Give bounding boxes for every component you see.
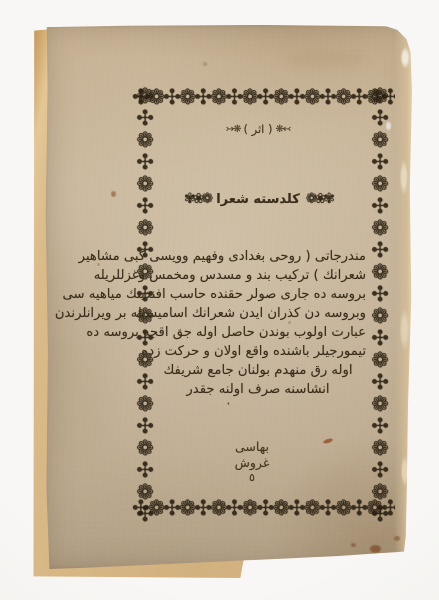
header-device: ↣❋ ( اثر ) ❋↢ <box>152 121 364 137</box>
floral-spray-left-icon: ✾❀❁ <box>184 191 210 207</box>
arrow-fleuron-right-icon: ❋↢ <box>276 124 291 135</box>
stain-spot <box>387 555 402 562</box>
paragraph-line: تيمورجيلر باشنده واقع اولان و حركت زده <box>150 342 366 361</box>
chipped-right-edge <box>394 25 412 569</box>
paragraph-line: شعرانك ) تركيب بند و مسدس ومخمس وغزللريل… <box>150 266 366 285</box>
price-label: بهاسى <box>152 439 352 455</box>
paragraph-line: عبارت اولوب بوندن حاصل اوله جق اقجه بروس… <box>150 323 366 342</box>
price-numeral: ٥ <box>152 471 352 485</box>
price-block: بهاسى غروش ٥ <box>152 439 352 485</box>
arrow-fleuron-left-icon: ↣❋ <box>226 124 241 135</box>
paragraph-line: اوله رق منهدم بولنان جامع شريفك <box>150 361 366 380</box>
photo-of-antique-ottoman-book: { "frame": { "horizontal_pattern": "✣❁✣❁… <box>0 0 439 600</box>
paragraph-line: بروسه ده جارى صولر حقنده حاسب افندينك مي… <box>150 285 366 304</box>
header-device-text: ( اثر ) <box>243 122 272 136</box>
paragraph-line: وبروسه دن كذران ايدن شعرانك اساميسيله بر… <box>150 304 366 323</box>
separator-dot: · <box>226 395 231 413</box>
description-paragraph: مندرجاتى ( روحى بغدادى وفهيم وويسى كبى م… <box>150 247 366 399</box>
floral-spray-right-icon: ❁❀✾ <box>306 191 332 207</box>
title-row: ✾❀❁ كلدسته شعرا ❁❀✾ <box>152 188 364 210</box>
paragraph-line: مندرجاتى ( روحى بغدادى وفهيم وويسى كبى م… <box>150 247 366 266</box>
paragraph-line: انشاسنه صرف اولنه جقدر <box>150 380 366 399</box>
price-unit: غروش <box>152 455 352 471</box>
book-title: كلدسته شعرا <box>216 192 300 207</box>
